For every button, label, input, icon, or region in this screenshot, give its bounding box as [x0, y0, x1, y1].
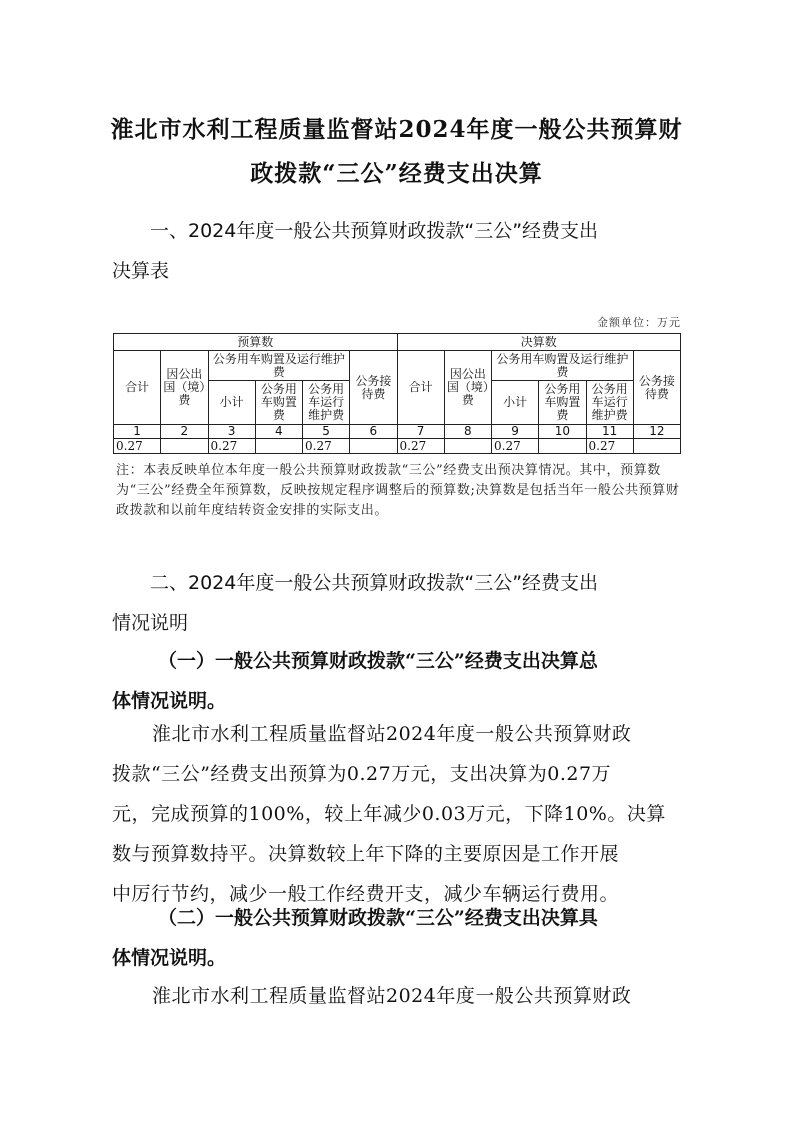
subsection-2-paragraph: 淮北市水利工程质量监督站2024年度一般公共预算财政: [112, 976, 684, 1016]
three-public-expenses-table: 预算数 决算数 合计 因公出国（境）费 公务用车购置及运行维护费 公务接待费 合…: [113, 333, 681, 454]
value-cell: 0.27: [303, 439, 350, 454]
index-cell: 3: [208, 425, 255, 439]
col-header-abroad: 因公出国（境）费: [161, 351, 208, 425]
section-1-heading: 一、2024年度一般公共预算财政拨款“三公”经费支出 决算表: [112, 211, 684, 291]
index-cell: 11: [586, 425, 633, 439]
paragraph-line: 淮北市水利工程质量监督站2024年度一般公共预算财政: [152, 723, 631, 745]
index-cell: 7: [397, 425, 444, 439]
paragraph-line: 元，完成预算的100%，较上年减少0.03万元，下降10%。决算: [112, 794, 684, 834]
index-row: 1 2 3 4 5 6 7 8 9 10 11 12: [114, 425, 681, 439]
title-line-2: 政拨款“三公”经费支出决算: [100, 152, 693, 196]
value-cell: 0.27: [114, 439, 161, 454]
index-cell: 2: [161, 425, 208, 439]
table-note: 注：本表反映单位本年度一般公共预算财政拨款“三公”经费支出预决算情况。其中，预算…: [116, 461, 686, 521]
index-cell: 6: [350, 425, 397, 439]
value-cell: 0.27: [586, 439, 633, 454]
value-cell: [161, 439, 208, 454]
group-header-budget: 预算数: [114, 334, 398, 351]
value-row: 0.27 0.27 0.27 0.27 0.27 0.27: [114, 439, 681, 454]
section-1-heading-line-2: 决算表: [112, 251, 684, 291]
value-cell: 0.27: [397, 439, 444, 454]
title-line-1: 淮北市水利工程质量监督站2024年度一般公共预算财: [100, 108, 693, 152]
paragraph-line: 淮北市水利工程质量监督站2024年度一般公共预算财政: [152, 985, 631, 1007]
index-cell: 9: [492, 425, 539, 439]
subsection-2-heading: （二）一般公共预算财政拨款“三公”经费支出决算具 体情况说明。: [112, 898, 684, 978]
col-header-abroad: 因公出国（境）费: [444, 351, 491, 425]
col-header-vehicle: 公务用车购置及运行维护费: [492, 351, 634, 381]
subsection-1-heading-line-1: （一）一般公共预算财政拨款“三公”经费支出决算总: [158, 650, 598, 672]
index-cell: 8: [444, 425, 491, 439]
index-cell: 1: [114, 425, 161, 439]
group-header-final: 决算数: [397, 334, 681, 351]
section-1-heading-line-1: 一、2024年度一般公共预算财政拨款“三公”经费支出: [150, 220, 598, 242]
value-cell: [255, 439, 302, 454]
index-cell: 4: [255, 425, 302, 439]
value-cell: [444, 439, 491, 454]
col-header-reception: 公务接待费: [350, 351, 397, 425]
value-cell: [539, 439, 586, 454]
subsection-1-paragraph: 淮北市水利工程质量监督站2024年度一般公共预算财政 拨款“三公”经费支出预算为…: [112, 714, 684, 914]
value-cell: [633, 439, 680, 454]
index-cell: 5: [303, 425, 350, 439]
value-cell: 0.27: [492, 439, 539, 454]
col-header-purchase: 公务用车购置费: [539, 381, 586, 425]
col-header-reception: 公务接待费: [633, 351, 680, 425]
subsection-1-heading: （一）一般公共预算财政拨款“三公”经费支出决算总 体情况说明。: [112, 641, 684, 721]
subsection-2-heading-line-1: （二）一般公共预算财政拨款“三公”经费支出决算具: [158, 907, 598, 929]
page-title: 淮北市水利工程质量监督站2024年度一般公共预算财 政拨款“三公”经费支出决算: [100, 108, 693, 196]
col-header-purchase: 公务用车购置费: [255, 381, 302, 425]
unit-label: 金额单位：万元: [597, 314, 681, 330]
section-2-heading: 二、2024年度一般公共预算财政拨款“三公”经费支出 情况说明: [112, 563, 684, 643]
value-cell: [350, 439, 397, 454]
section-2-heading-line-2: 情况说明: [112, 603, 684, 643]
paragraph-line: 数与预算数持平。决算数较上年下降的主要原因是工作开展: [112, 834, 684, 874]
index-cell: 10: [539, 425, 586, 439]
col-header-operation: 公务用车运行维护费: [586, 381, 633, 425]
paragraph-line: 拨款“三公”经费支出预算为0.27万元，支出决算为0.27万: [112, 754, 684, 794]
subsection-2-heading-line-2: 体情况说明。: [112, 938, 684, 978]
section-2-heading-line-1: 二、2024年度一般公共预算财政拨款“三公”经费支出: [150, 572, 598, 594]
col-header-vehicle: 公务用车购置及运行维护费: [208, 351, 350, 381]
col-header-subtotal: 小计: [492, 381, 539, 425]
value-cell: 0.27: [208, 439, 255, 454]
col-header-total: 合计: [397, 351, 444, 425]
col-header-operation: 公务用车运行维护费: [303, 381, 350, 425]
index-cell: 12: [633, 425, 680, 439]
col-header-total: 合计: [114, 351, 161, 425]
col-header-subtotal: 小计: [208, 381, 255, 425]
